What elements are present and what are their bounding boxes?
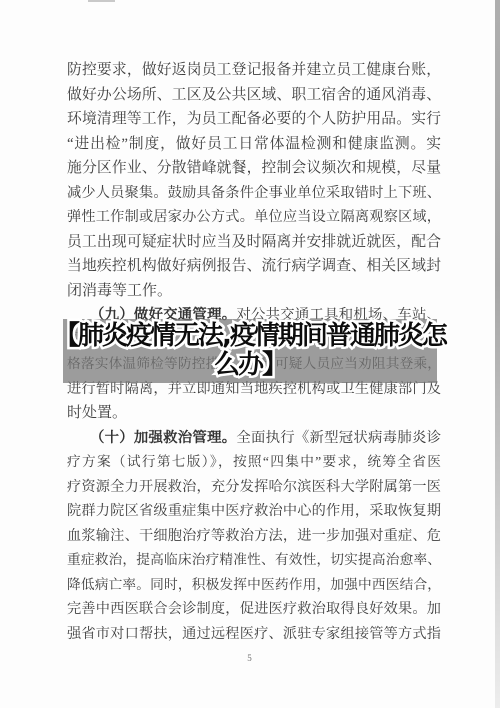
text-line: 完善中西医联合会诊制度，促进医疗救治取得良好效果。加 — [67, 597, 441, 622]
text-line: （十）加强救治管理。全面执行《新型冠状病毒肺炎诊 — [67, 426, 441, 451]
text-line: 员工出现可疑症状时应当及时隔离并安排就近就医，配合 — [67, 230, 441, 255]
text-line: 院群力院区省级重症集中医疗救治中心的作用，采取恢复期 — [67, 499, 441, 524]
text-line: 疗资源全力开展救治，充分发挥哈尔滨医科大学附属第一医 — [67, 475, 441, 500]
caption-overlay-band: 【肺炎疫情无法,疫情期间普通肺炎怎 【肺炎疫情无法,疫情期间普通肺炎怎 么办】 … — [63, 319, 437, 383]
text-line: 重症救治，提高临床治疗精准性、有效性，切实提高治愈率、 — [67, 548, 441, 573]
text-line: 施分区作业、分散错峰就餐，控制会议频次和规模，尽量 — [67, 156, 441, 181]
text-line: 防控要求，做好返岗员工登记报备并建立员工健康台账， — [67, 58, 441, 83]
caption-text: 【肺炎疫情无法,疫情期间普通肺炎怎 【肺炎疫情无法,疫情期间普通肺炎怎 么办】 … — [53, 319, 447, 383]
caption-line-2: 么办】 么办】 — [214, 351, 286, 380]
caption-line-2-fill: 么办】 — [214, 351, 286, 380]
text-line: 强省市对口帮扶，通过远程医疗、派驻专家组接管等方式指 — [67, 622, 441, 647]
text-line: 当地疾控机构做好病例报告、流行病学调查、相关区域封 — [67, 254, 441, 279]
text-line: 疗方案（试行第七版）》，按照“四集中”要求，统筹全省医 — [67, 450, 441, 475]
document-page: 防控要求，做好返岗员工登记报备并建立员工健康台账，做好办公场所、工区及公共区域、… — [0, 0, 500, 708]
text-line: 血浆输注、干细胞治疗等救治方法，进一步加强对重症、危 — [67, 524, 441, 549]
caption-line-1-fill: 【肺炎疫情无法,疫情期间普通肺炎怎 — [54, 322, 446, 351]
previous-page-remnant-mark — [88, 0, 115, 2]
text-line: 做好办公场所、工区及公共区域、职工宿舍的通风消毒、 — [67, 83, 441, 108]
caption-line-1: 【肺炎疫情无法,疫情期间普通肺炎怎 【肺炎疫情无法,疫情期间普通肺炎怎 — [54, 322, 446, 351]
text-line: 减少人员聚集。鼓励具备条件企事业单位采取错时上下班、 — [67, 181, 441, 206]
text-line: “进出检”制度，做好员工日常体温检测和健康监测。实 — [67, 132, 441, 157]
text-line: 时处置。 — [67, 401, 441, 426]
text-line: 弹性工作制或居家办公方式。单位应当设立隔离观察区域， — [67, 205, 441, 230]
section-heading: （十）加强救治管理。 — [90, 430, 236, 446]
page-number: 5 — [0, 653, 500, 663]
text-line: 环境清理等工作，为员工配备必要的个人防护用品。实行 — [67, 107, 441, 132]
text-line: 闭消毒等工作。 — [67, 279, 441, 304]
scan-edge-shadow — [495, 0, 500, 708]
text-line: 降低病亡率。同时，积极发挥中医药作用，加强中西医结合， — [67, 573, 441, 598]
